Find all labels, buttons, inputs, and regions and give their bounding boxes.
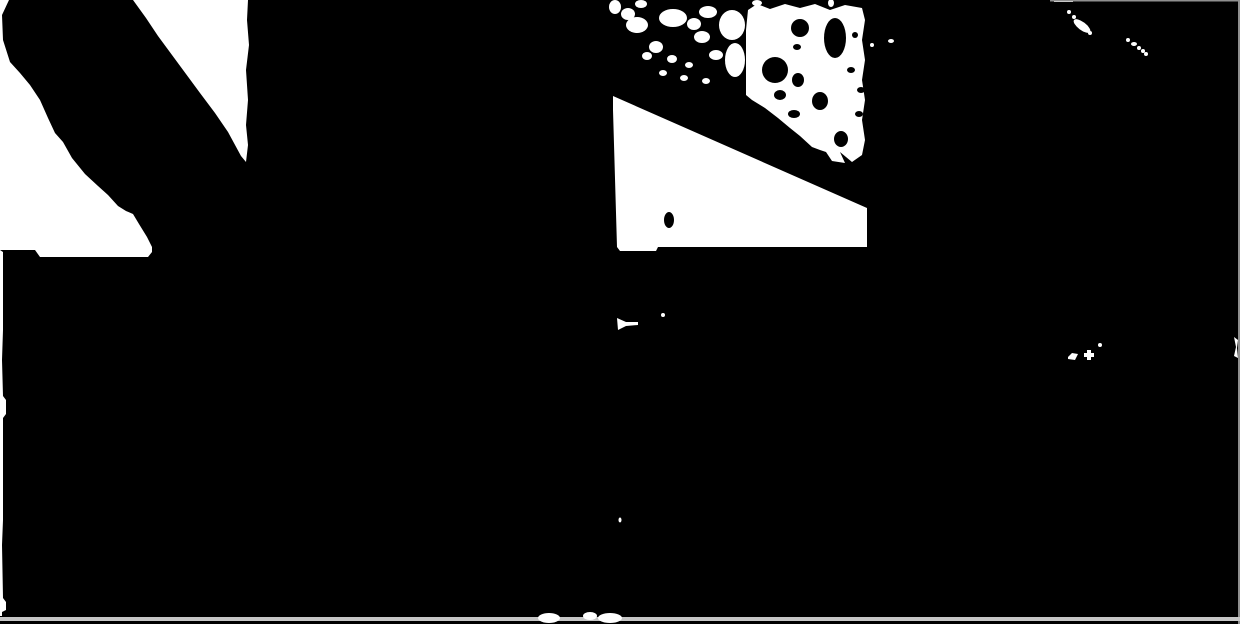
triangle-black-dot bbox=[664, 212, 674, 228]
right-streak2-dot-4 bbox=[1141, 49, 1145, 53]
speckle-blob-16 bbox=[702, 78, 710, 84]
speckle-blob-10 bbox=[649, 41, 663, 53]
field-black-blob-3 bbox=[762, 57, 788, 83]
speckle-blob-14 bbox=[659, 70, 667, 76]
field-black-blob-8 bbox=[834, 131, 848, 147]
bottom-right-dot bbox=[1098, 343, 1102, 347]
bottom-right-plus-horizontal bbox=[1084, 353, 1094, 357]
outlier-speck-2 bbox=[888, 39, 894, 43]
right-streak2-dot-5 bbox=[1144, 52, 1148, 56]
background-field bbox=[0, 0, 1240, 624]
outlier-speck-1 bbox=[870, 43, 874, 47]
field-black-blob-6 bbox=[774, 90, 786, 100]
right-streak-dot-1 bbox=[1067, 10, 1071, 14]
speckle-blob-13 bbox=[685, 62, 693, 68]
bottom-white-blob-1 bbox=[538, 613, 560, 623]
mid-lower-tick bbox=[619, 518, 622, 523]
top-edge-bit-1 bbox=[752, 0, 762, 6]
field-black-blob-4 bbox=[792, 73, 804, 87]
right-streak2-dot-3 bbox=[1137, 46, 1141, 50]
field-black-blob-2 bbox=[824, 18, 846, 58]
right-streak-dot-3 bbox=[1088, 31, 1092, 35]
right-streak2-dot-2 bbox=[1131, 42, 1137, 46]
field-black-blob-10 bbox=[793, 44, 801, 50]
speckle-blob-5 bbox=[659, 9, 687, 27]
field-black-blob-12 bbox=[847, 67, 855, 73]
right-streak2-dot-1 bbox=[1126, 38, 1130, 42]
binary-image-svg bbox=[0, 0, 1240, 624]
speckle-blob-7 bbox=[699, 6, 717, 18]
speckle-blob-3 bbox=[626, 17, 648, 33]
bottom-white-blob-2 bbox=[583, 612, 597, 620]
mid-bottom-dot bbox=[661, 313, 665, 317]
top-grey-border-line bbox=[1050, 0, 1240, 2]
right-streak-dot-2 bbox=[1072, 15, 1076, 19]
bottom-white-blob-3 bbox=[598, 613, 622, 623]
field-black-blob-11 bbox=[852, 32, 858, 38]
speckle-blob-1 bbox=[609, 0, 621, 14]
speckle-blob-18 bbox=[725, 43, 745, 77]
binarized-image bbox=[0, 0, 1240, 624]
field-black-blob-9 bbox=[855, 111, 863, 117]
speckle-blob-12 bbox=[667, 55, 677, 63]
field-black-blob-1 bbox=[791, 19, 809, 37]
left-stroke-speck-2 bbox=[229, 26, 233, 30]
speckle-blob-4 bbox=[635, 0, 647, 8]
speckle-blob-11 bbox=[642, 52, 652, 60]
left-stroke-speck-1 bbox=[201, 16, 205, 20]
speckle-blob-9 bbox=[694, 31, 710, 43]
speckle-blob-15 bbox=[680, 75, 688, 81]
speckle-blob-8 bbox=[719, 10, 745, 40]
speckle-blob-6 bbox=[687, 18, 701, 30]
field-black-blob-13 bbox=[857, 87, 865, 93]
field-black-blob-7 bbox=[788, 110, 800, 118]
speckle-blob-17 bbox=[709, 50, 723, 60]
field-black-blob-5 bbox=[812, 92, 828, 110]
